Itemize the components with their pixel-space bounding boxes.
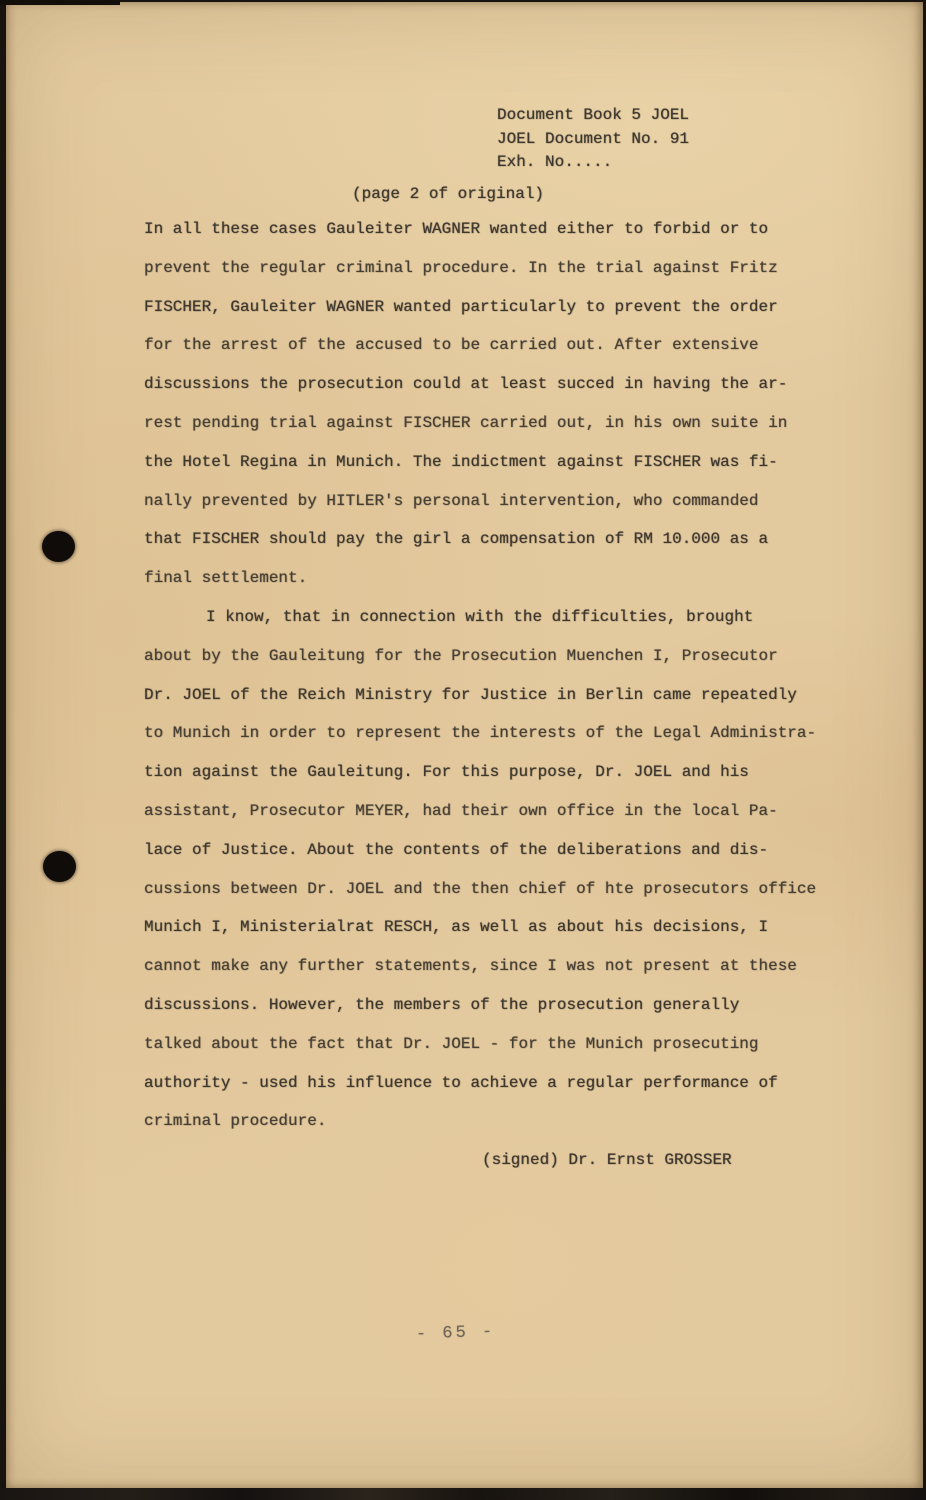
typed-line: for the arrest of the accused to be carr… [144,326,816,365]
typed-line: prevent the regular criminal procedure. … [144,249,816,288]
typed-line: lace of Justice. About the contents of t… [144,831,816,870]
typed-line: discussions. However, the members of the… [144,986,816,1025]
typed-line: Dr. JOEL of the Reich Ministry for Justi… [144,676,816,715]
typed-line: final settlement. [144,559,816,598]
signature-line: (signed) Dr. Ernst GROSSER [144,1141,816,1180]
typed-line: Munich I, Ministerialrat RESCH, as well … [144,908,816,947]
punch-hole-bottom [43,851,76,882]
typed-line: In all these cases Gauleiter WAGNER want… [144,210,816,249]
typed-line: assistant, Prosecutor MEYER, had their o… [144,792,816,831]
punch-hole-top [42,531,75,562]
typed-line: authority - used his influence to achiev… [144,1064,816,1103]
scanned-document-page: { "colors": { "paper": "#e3c99e", "ink":… [0,0,926,1500]
header-line-document-no: JOEL Document No. 91 [497,128,689,152]
typed-line-paragraph-start: I know, that in connection with the diff… [144,598,816,637]
typed-line: about by the Gauleitung for the Prosecut… [144,637,816,676]
typed-line: cussions between Dr. JOEL and the then c… [144,870,816,909]
bottom-edge-shadow [0,1488,926,1500]
header-line-exhibit-no: Exh. No..... [497,151,689,175]
typed-line: cannot make any further statements, sinc… [144,947,816,986]
typed-line: rest pending trial against FISCHER carri… [144,404,816,443]
header-line-document-book: Document Book 5 JOEL [497,104,689,128]
typed-line: to Munich in order to represent the inte… [144,714,816,753]
body-text: In all these cases Gauleiter WAGNER want… [144,210,816,1180]
typed-line: the Hotel Regina in Munich. The indictme… [144,443,816,482]
typed-line: that FISCHER should pay the girl a compe… [144,520,816,559]
typed-line: talked about the fact that Dr. JOEL - fo… [144,1025,816,1064]
top-edge-shadow [0,0,120,5]
typed-line: nally prevented by HITLER's personal int… [144,482,816,521]
page-note: (page 2 of original) [352,185,544,203]
document-header: Document Book 5 JOEL JOEL Document No. 9… [497,104,689,175]
typed-line: discussions the prosecution could at lea… [144,365,816,404]
paper-sheet: Document Book 5 JOEL JOEL Document No. 9… [6,2,923,1488]
typed-line: tion against the Gauleitung. For this pu… [144,753,816,792]
typed-line: FISCHER, Gauleiter WAGNER wanted particu… [144,288,816,327]
typed-line: criminal procedure. [144,1102,816,1141]
page-number: - 65 - [416,1323,496,1345]
